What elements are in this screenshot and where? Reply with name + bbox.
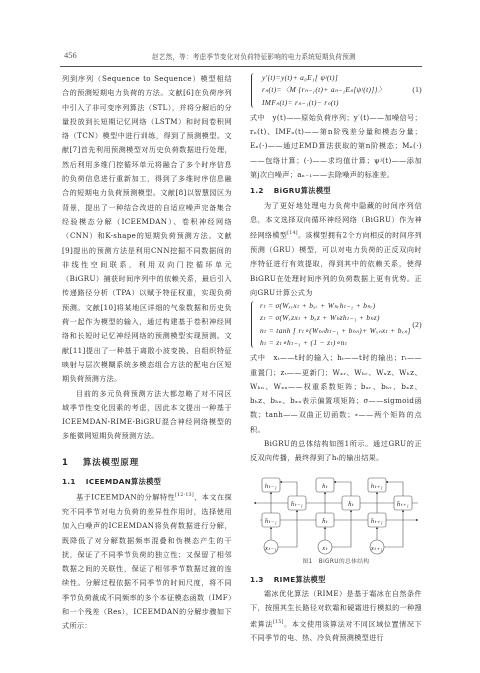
- equation-brace: [251, 73, 256, 108]
- equation-definitions: 式中 y(t)——原始负荷序列；y′(t)——加噪信号；rₙ(t)、IMFₙ(t…: [250, 111, 422, 182]
- bigru-diagram: hₜ₋₁ hₜ hₜ₊₁ h̄ₜ₋₁ h̄ₜ h̄ₜ₊₁ h̄ₜ₋₁ h̄ₜ h…: [250, 470, 422, 562]
- left-column: 列到序列（Sequence to Sequence）模型相结合的预测短期电力负荷…: [62, 72, 232, 634]
- section-heading-1-2: 1.2BiGRU算法模型: [250, 184, 422, 198]
- node-backward: h̄ₜ: [348, 500, 354, 507]
- section-heading-1: 1算法模型原理: [62, 455, 232, 469]
- section-number: 1.2: [250, 186, 264, 195]
- section-number: 1.1: [62, 477, 76, 486]
- equation-line: rₙ(t)=〈M {rₙ₋₁(t)+ aₙ₋₁Eₙ[ψʲ(t)]}〉: [262, 84, 422, 96]
- equation-number: (1): [412, 84, 422, 96]
- node-x-prev: xₜ₋₁: [264, 545, 277, 552]
- equation-line: IMFₙ(t)= rₙ₋₁(t)− rₙ(t): [262, 97, 422, 109]
- equation-line: rₜ = σ(Wₓᵣxₜ + bₓᵣ + Wₕᵣhₜ₋₁ + bₕᵣ): [260, 300, 422, 312]
- equation-1: y′(t)=y(t)+ a₀E₁[ ψʲ(t)] rₙ(t)=〈M {rₙ₋₁(…: [250, 72, 422, 109]
- section-title: BiGRU算法模型: [274, 186, 331, 195]
- citation: [15]: [273, 620, 284, 625]
- section-heading-1-1: 1.1ICEEMDAN算法模型: [62, 475, 232, 489]
- figure-bigru-structure: hₜ₋₁ hₜ hₜ₊₁ h̄ₜ₋₁ h̄ₜ h̄ₜ₊₁ h̄ₜ₋₁ h̄ₜ h…: [250, 470, 422, 562]
- section-title: RIME算法模型: [274, 575, 326, 584]
- paragraph: 为了更好地处理电力负荷中隐藏的时间序列信息，本文选择双向循环神经网络（BiGRU…: [250, 199, 422, 300]
- node-x: xₜ: [321, 545, 328, 552]
- node-h: hₜ: [322, 483, 328, 490]
- equation-line: hₜ = zₜ∘hₜ₋₁ + (1 − zₜ)∘nₜ: [260, 337, 422, 349]
- paragraph: BiGRU的总体结构如图1所示。通过GRU的正反双向传播，最终得到了hₜ的输出结…: [250, 437, 422, 466]
- running-title: 赵艺然，等：考虑季节变化对负荷特征影响的电力系统短期负荷预测: [152, 51, 356, 61]
- equation-number: (2): [412, 319, 422, 331]
- node-forward-next: h̄ₜ₊₁: [371, 517, 383, 524]
- section-number: 1.3: [250, 575, 264, 584]
- section-heading-1-3: 1.3RIME算法模型: [250, 573, 422, 587]
- paragraph: 目前的多元负荷预测方法大都忽略了对不同区域季节性变化因素的考虑，因此本文提出一种…: [62, 387, 232, 444]
- page-header: 456 赵艺然，等：考虑季节变化对负荷特征影响的电力系统短期负荷预测: [60, 49, 422, 67]
- paragraph: 基于ICEEMDAN的分解特性[12-13]，本文在探究不同季节对电力负荷的差异…: [62, 489, 232, 633]
- node-forward: h̄ₜ: [322, 517, 328, 524]
- node-h-prev: hₜ₋₁: [265, 483, 277, 490]
- text-run: 。该模型拥有2个方向相反的时间序列预测（GRU）模型，可以对电力负荷的正反双向时…: [250, 231, 422, 297]
- node-backward-prev: h̄ₜ₋₁: [291, 500, 303, 507]
- node-h-next: hₜ₊₁: [371, 483, 383, 490]
- section-number: 1: [62, 457, 69, 467]
- equation-line: nₜ = tanh [ rₜ∘(Wₕₙhₜ₋₁ + bₕₙ)+ Wₓₙxₜ + …: [260, 325, 422, 337]
- equation-line: zₜ = σ(Wₓzxₜ + bₓz + Wₕzhₜ₋₁ + bₕz): [260, 312, 422, 324]
- text-run: 基于ICEEMDAN的分解特性: [76, 493, 175, 502]
- right-column: y′(t)=y(t)+ a₀E₁[ ψʲ(t)] rₙ(t)=〈M {rₙ₋₁(…: [250, 72, 422, 646]
- paragraph: 霜冰优化算法（RIME）是基于霜冰在自然条件下，按照其生长路径对软霜和硬霜进行模…: [250, 587, 422, 646]
- equation-line: y′(t)=y(t)+ a₀E₁[ ψʲ(t)]: [262, 72, 422, 84]
- citation: [12-13]: [175, 493, 194, 498]
- equation-definitions: 式中 xₜ——t时的输入；hₜ——t时的输出；rₜ——重置门；zₜ——更新门；W…: [250, 351, 422, 437]
- text-run: ，本文在探究不同季节对电力负荷的差异性作用时，选择使用加入白噪声的ICEEMDA…: [62, 493, 232, 631]
- citation: [14]: [287, 231, 298, 236]
- section-title: 算法模型原理: [83, 457, 139, 467]
- equation-brace: [251, 301, 256, 348]
- page-number: 456: [64, 50, 77, 60]
- paragraph: 列到序列（Sequence to Sequence）模型相结合的预测短期电力负荷…: [62, 72, 232, 387]
- node-forward-prev: h̄ₜ₋₁: [265, 517, 277, 524]
- node-x-next: xₜ₊₁: [370, 545, 383, 552]
- section-title: ICEEMDAN算法模型: [86, 477, 161, 486]
- node-backward-next: h̄ₜ₊₁: [397, 500, 409, 507]
- equation-2: rₜ = σ(Wₓᵣxₜ + bₓᵣ + Wₕᵣhₜ₋₁ + bₕᵣ) zₜ =…: [250, 300, 422, 349]
